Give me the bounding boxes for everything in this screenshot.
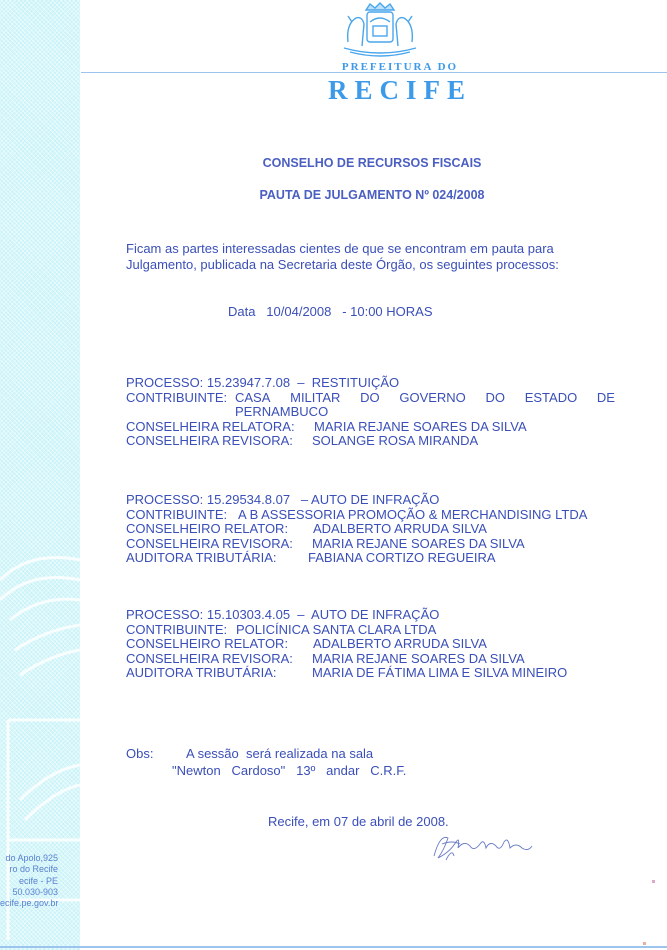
role-value: SOLANGE ROSA MIRANDA — [312, 434, 478, 449]
contributor-word: GOVERNO — [399, 391, 465, 406]
role-value: FABIANA CORTIZO REGUEIRA — [308, 551, 496, 566]
process-value: 15.23947.7.08 – RESTITUIÇÃO — [207, 376, 399, 391]
process-value: 15.10303.4.05 – AUTO DE INFRAÇÃO — [207, 608, 439, 623]
contributor-row: CONTRIBUINTE: POLICÍNICA SANTA CLARA LTD… — [126, 623, 626, 638]
session-date: Data 10/04/2008 - 10:00 HORAS — [228, 304, 433, 319]
role-value: MARIA DE FÁTIMA LIMA E SILVA MINEIRO — [312, 666, 567, 681]
contributor-word: CASA — [235, 391, 270, 406]
contributor-value: POLICÍNICA SANTA CLARA LTDA — [236, 623, 436, 638]
role-value: MARIA REJANE SOARES DA SILVA — [312, 537, 525, 552]
role-row: AUDITORA TRIBUTÁRIA: FABIANA CORTIZO REG… — [126, 551, 626, 566]
handwritten-signature-icon — [430, 830, 535, 862]
role-row: AUDITORA TRIBUTÁRIA: MARIA DE FÁTIMA LIM… — [126, 666, 626, 681]
address-line: ecife - PE — [0, 876, 58, 887]
role-value: ADALBERTO ARRUDA SILVA — [313, 522, 487, 537]
obs-text: A sessão será realizada na sala"Newton C… — [186, 745, 406, 779]
document-subtitle: PAUTA DE JULGAMENTO Nº 024/2008 — [122, 188, 622, 202]
letterhead-address: do Apolo,925 ro do Recife ecife - PE 50.… — [0, 853, 80, 909]
recife-coat-of-arms-icon — [342, 2, 418, 57]
role-label: CONSELHEIRA REVISORA: — [126, 537, 312, 552]
contributor-value-cont: PERNAMBUCO — [235, 405, 328, 420]
address-website: ecife.pe.gov.br — [0, 898, 58, 909]
role-label: CONSELHEIRO RELATOR: — [126, 522, 313, 537]
obs-line: A sessão será realizada na sala — [186, 745, 406, 762]
contributor-value: CASA MILITAR DO GOVERNO DO ESTADO DE — [235, 391, 615, 406]
contributor-word: ESTADO — [525, 391, 578, 406]
contributor-label: CONTRIBUINTE: — [126, 391, 235, 406]
process-entry: PROCESSO: 15.23947.7.08 – RESTITUIÇÃO CO… — [126, 376, 626, 449]
intro-paragraph: Ficam as partes interessadas cientes de … — [126, 241, 626, 273]
role-value: ADALBERTO ARRUDA SILVA — [313, 637, 487, 652]
process-number-row: PROCESSO: 15.10303.4.05 – AUTO DE INFRAÇ… — [126, 608, 626, 623]
role-row: CONSELHEIRA REVISORA: MARIA REJANE SOARE… — [126, 652, 626, 667]
process-label: PROCESSO: — [126, 376, 203, 391]
contributor-word: DO — [486, 391, 506, 406]
scan-speck — [643, 942, 646, 945]
place-and-date: Recife, em 07 de abril de 2008. — [268, 814, 449, 829]
process-number-row: PROCESSO: 15.23947.7.08 – RESTITUIÇÃO — [126, 376, 626, 391]
contributor-value: A B ASSESSORIA PROMOÇÃO & MERCHANDISING … — [238, 508, 587, 523]
contributor-word: MILITAR — [290, 391, 340, 406]
role-row: CONSELHEIRA REVISORA: MARIA REJANE SOARE… — [126, 537, 626, 552]
footer-divider — [0, 946, 667, 948]
obs-line: "Newton Cardoso" 13º andar C.R.F. — [172, 762, 406, 779]
process-label: PROCESSO: — [126, 608, 203, 623]
contributor-row: CONTRIBUINTE: CASA MILITAR DO GOVERNO DO… — [126, 391, 626, 406]
contributor-row: CONTRIBUINTE: A B ASSESSORIA PROMOÇÃO & … — [126, 508, 626, 523]
role-row: CONSELHEIRO RELATOR: ADALBERTO ARRUDA SI… — [126, 637, 626, 652]
address-line: ro do Recife — [0, 864, 58, 875]
role-row: CONSELHEIRA RELATORA: MARIA REJANE SOARE… — [126, 420, 626, 435]
role-label: CONSELHEIRA REVISORA: — [126, 434, 312, 449]
role-label: CONSELHEIRA REVISORA: — [126, 652, 312, 667]
role-label: CONSELHEIRO RELATOR: — [126, 637, 313, 652]
contributor-continuation: PERNAMBUCO — [126, 405, 626, 420]
address-line: do Apolo,925 — [0, 853, 58, 864]
obs-label: Obs: — [126, 745, 153, 762]
role-label: AUDITORA TRIBUTÁRIA: — [126, 666, 312, 681]
role-label: CONSELHEIRA RELATORA: — [126, 420, 314, 435]
letterhead-sidebar-pattern — [0, 0, 80, 950]
process-entry: PROCESSO: 15.29534.8.07 – AUTO DE INFRAÇ… — [126, 493, 626, 566]
process-label: PROCESSO: — [126, 493, 203, 508]
role-value: MARIA REJANE SOARES DA SILVA — [314, 420, 527, 435]
role-row: CONSELHEIRO RELATOR: ADALBERTO ARRUDA SI… — [126, 522, 626, 537]
letterhead-line1: PREFEITURA DO — [300, 61, 500, 73]
letterhead-city: RECIFE — [300, 75, 500, 106]
role-row: CONSELHEIRA REVISORA: SOLANGE ROSA MIRAN… — [126, 434, 626, 449]
contributor-label: CONTRIBUINTE: — [126, 508, 238, 523]
contributor-label: CONTRIBUINTE: — [126, 623, 236, 638]
scan-speck — [652, 880, 655, 883]
role-label: AUDITORA TRIBUTÁRIA: — [126, 551, 308, 566]
process-value: 15.29534.8.07 – AUTO DE INFRAÇÃO — [207, 493, 439, 508]
process-number-row: PROCESSO: 15.29534.8.07 – AUTO DE INFRAÇ… — [126, 493, 626, 508]
address-line: 50.030-903 — [0, 887, 58, 898]
contributor-word: DO — [360, 391, 380, 406]
contributor-word: DE — [597, 391, 615, 406]
process-entry: PROCESSO: 15.10303.4.05 – AUTO DE INFRAÇ… — [126, 608, 626, 681]
role-value: MARIA REJANE SOARES DA SILVA — [312, 652, 525, 667]
document-title: CONSELHO DE RECURSOS FISCAIS — [122, 156, 622, 170]
